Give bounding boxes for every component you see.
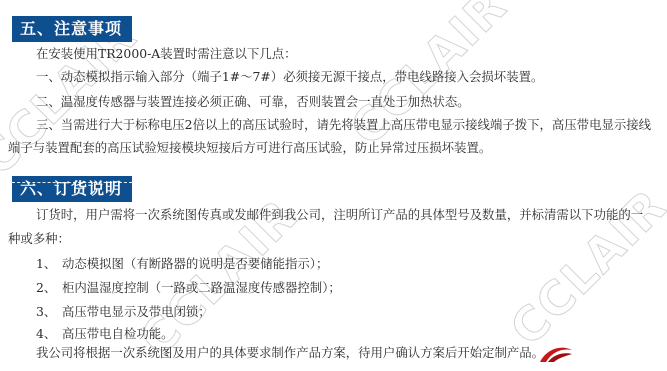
list-text: 高压带电自检功能。 — [62, 326, 174, 341]
list-number: 2、 — [36, 280, 62, 296]
list-number: 1、 — [36, 256, 62, 272]
ordering-list-item: 2、柜内温湿度控制（一路或二路温湿度传感器控制）； — [36, 280, 341, 296]
section-header-ordering: 六、订货说明 — [12, 176, 132, 202]
notes-intro: 在安装使用TR2000-A装置时需注意以下几点： — [36, 46, 297, 62]
ordering-intro-cont: 种或多种： — [8, 231, 70, 247]
section-header-notes: 五、注意事项 — [12, 16, 132, 42]
notes-item-3: 三、当需进行大于标称电压2倍以上的高压试验时，请先将装置上高压带电显示接线端子拨… — [36, 117, 651, 133]
ordering-list-item: 4、高压带电自检功能。 — [36, 326, 174, 342]
ordering-closing: 我公司将根据一次系统图及用户的具体要求制作产品方案，待用户确认方案后开始定制产品… — [36, 345, 544, 361]
notes-item-3-cont: 端子与装置配套的高压试验短接模块短接后方可进行高压试验，防止异常过压损坏装置。 — [8, 140, 491, 156]
ordering-list-item: 1、动态模拟图（有断路器的说明是否要储能指示）； — [36, 256, 328, 272]
list-number: 4、 — [36, 326, 62, 342]
notes-item-2: 二、温湿度传感器与装置连接必须正确、可靠，否则装置会一直处于加热状态。 — [36, 94, 470, 110]
list-text: 动态模拟图（有断路器的说明是否要储能指示）； — [62, 256, 328, 271]
brand-swoosh-icon — [538, 344, 574, 364]
list-text: 柜内温湿度控制（一路或二路温湿度传感器控制）； — [62, 280, 341, 295]
ordering-intro: 订货时，用户需将一次系统图传真或发邮件到我公司，注明所订产品的具体型号及数量，并… — [36, 207, 643, 223]
list-text: 高压带电显示及带电闭锁； — [62, 304, 211, 319]
watermark: CCLAIR — [500, 178, 667, 355]
notes-item-1: 一、动态模拟指示输入部分（端子1#～7#）必须接无源干接点，带电线路接入会损坏装… — [36, 69, 543, 85]
list-number: 3、 — [36, 304, 62, 320]
ordering-list-item: 3、高压带电显示及带电闭锁； — [36, 304, 211, 320]
